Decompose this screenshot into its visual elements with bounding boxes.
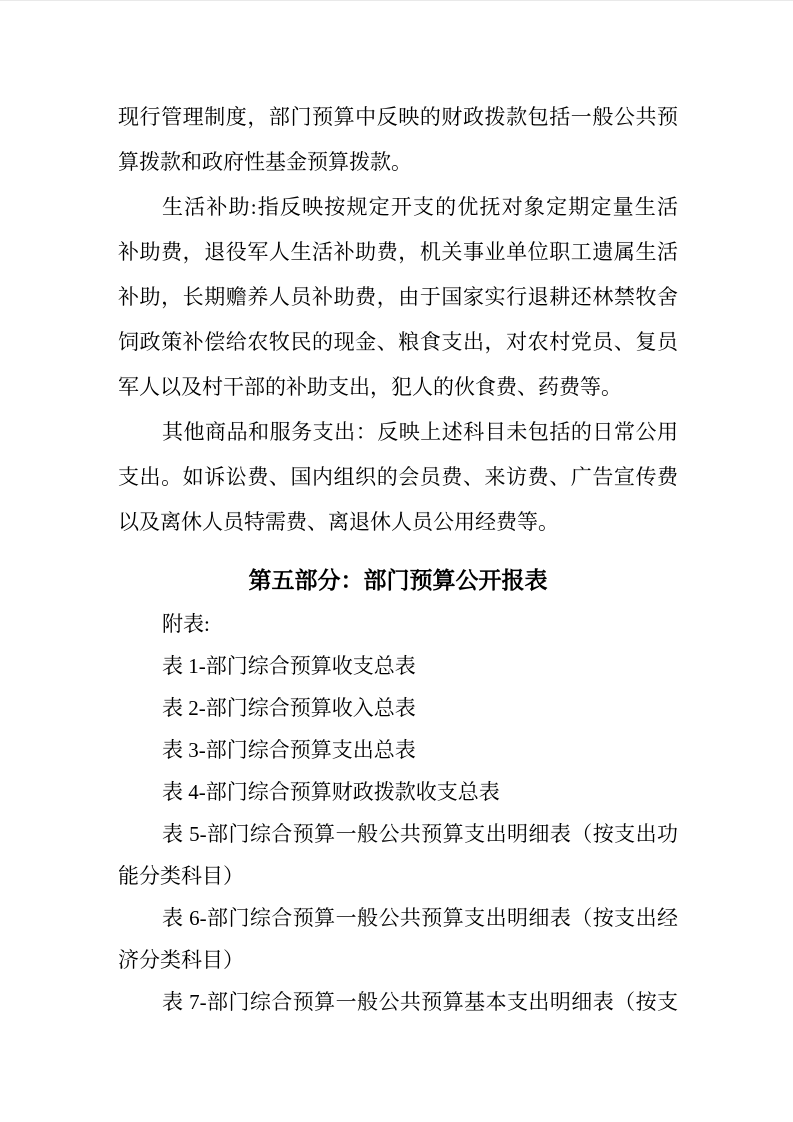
- text-line: 支出。如诉讼费、国内组织的会员费、来访费、广告宣传费: [118, 455, 678, 500]
- body-paragraph: 现行管理制度，部门预算中反映的财政拨款包括一般公共预 算拨款和政府性基金预算拨款…: [118, 95, 678, 185]
- text-line: 表 5-部门综合预算一般公共预算支出明细表（按支出功: [118, 813, 678, 855]
- text-line: 济分类科目）: [118, 939, 678, 981]
- appendix-label: 附表:: [118, 603, 678, 645]
- text-line: 现行管理制度，部门预算中反映的财政拨款包括一般公共预: [118, 95, 678, 140]
- text-line: 军人以及村干部的补助支出，犯人的伙食费、药费等。: [118, 365, 678, 410]
- table-list-item: 表 1-部门综合预算收支总表: [118, 645, 678, 687]
- page-content: 现行管理制度，部门预算中反映的财政拨款包括一般公共预 算拨款和政府性基金预算拨款…: [118, 95, 678, 1023]
- text-line: 算拨款和政府性基金预算拨款。: [118, 140, 678, 185]
- text-line: 以及离休人员特需费、离退休人员公用经费等。: [118, 500, 678, 545]
- text-line: 能分类科目）: [118, 855, 678, 897]
- text-line: 其他商品和服务支出：反映上述科目未包括的日常公用: [118, 410, 678, 455]
- text-line: 表 2-部门综合预算收入总表: [118, 687, 678, 729]
- table-list-item: 表 7-部门综合预算一般公共预算基本支出明细表（按支: [118, 981, 678, 1023]
- text-line: 表 7-部门综合预算一般公共预算基本支出明细表（按支: [118, 981, 678, 1023]
- text-line: 表 3-部门综合预算支出总表: [118, 729, 678, 771]
- body-paragraph: 其他商品和服务支出：反映上述科目未包括的日常公用 支出。如诉讼费、国内组织的会员…: [118, 410, 678, 545]
- text-line: 表 1-部门综合预算收支总表: [118, 645, 678, 687]
- table-list-item: 表 4-部门综合预算财政拨款收支总表: [118, 771, 678, 813]
- document-page: 现行管理制度，部门预算中反映的财政拨款包括一般公共预 算拨款和政府性基金预算拨款…: [0, 0, 793, 1122]
- text-line: 补助费，退役军人生活补助费，机关事业单位职工遗属生活: [118, 230, 678, 275]
- text-line: 补助，长期赡养人员补助费，由于国家实行退耕还林禁牧舍: [118, 275, 678, 320]
- text-line: 表 4-部门综合预算财政拨款收支总表: [118, 771, 678, 813]
- table-list-item: 表 3-部门综合预算支出总表: [118, 729, 678, 771]
- text-line: 饲政策补偿给农牧民的现金、粮食支出，对农村党员、复员: [118, 320, 678, 365]
- body-paragraph: 生活补助:指反映按规定开支的优抚对象定期定量生活 补助费，退役军人生活补助费，机…: [118, 185, 678, 410]
- text-line: 生活补助:指反映按规定开支的优抚对象定期定量生活: [118, 185, 678, 230]
- section-heading: 第五部分：部门预算公开报表: [118, 558, 678, 603]
- table-list-item: 表 5-部门综合预算一般公共预算支出明细表（按支出功 能分类科目）: [118, 813, 678, 897]
- table-list-item: 表 2-部门综合预算收入总表: [118, 687, 678, 729]
- table-list: 表 1-部门综合预算收支总表 表 2-部门综合预算收入总表 表 3-部门综合预算…: [118, 645, 678, 1023]
- table-list-item: 表 6-部门综合预算一般公共预算支出明细表（按支出经 济分类科目）: [118, 897, 678, 981]
- text-line: 表 6-部门综合预算一般公共预算支出明细表（按支出经: [118, 897, 678, 939]
